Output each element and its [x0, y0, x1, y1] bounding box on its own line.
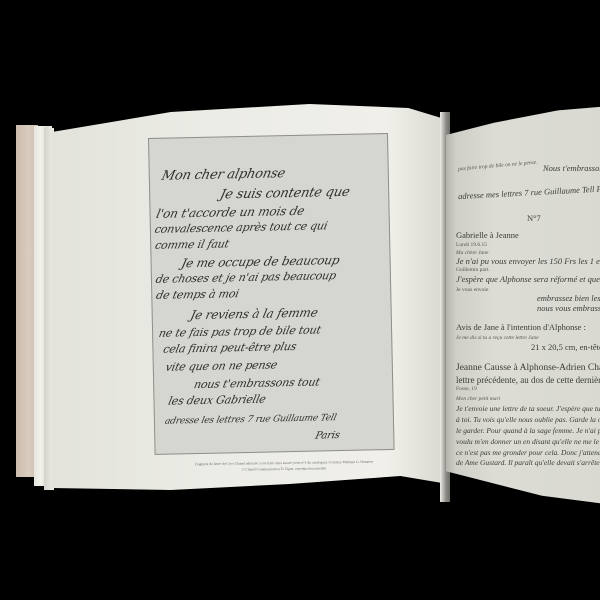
text-line: Mon cher petit mari: [456, 396, 500, 402]
letter-line: convalescence après tout ce qui: [153, 219, 328, 236]
text-line: Fosse, 19: [456, 386, 477, 392]
letter-line: cela finira peut-être plus: [162, 340, 298, 356]
text-line: à toi. Tu vois qu'elle nous oublie pas. …: [456, 415, 600, 424]
text-line: N°7: [527, 213, 541, 223]
letter-line: vite que on ne pense: [164, 358, 278, 373]
text-line: le garder. Pour quand à la sage femme. J…: [456, 426, 600, 435]
text-line: Gabrielle à Jeanne: [456, 230, 519, 240]
text-line: de Ame Gustard. Il paraît qu'elle devait…: [456, 458, 600, 467]
handwritten-letter-facsimile: Mon cher alphonse Je suis contente que l…: [148, 133, 395, 455]
text-line: Avis de Jane à l'intention d'Alphonse :: [456, 322, 586, 332]
letter-line: Mon cher alphonse: [160, 166, 287, 184]
letter-line: Je suis contente que: [218, 185, 351, 203]
photo-background: Mon cher alphonse Je suis contente que l…: [0, 0, 600, 600]
text-line: nous vous embrasson: [537, 303, 600, 313]
text-line: Lundi 19.6.15: [456, 242, 487, 248]
letter-line: de choses et je n'ai pas beaucoup: [154, 269, 337, 286]
letter-line: Je reviens à la femme: [189, 305, 319, 322]
text-line: Guillemin part.: [456, 267, 490, 273]
letter-line: Je me occupe de beaucoup: [180, 253, 341, 270]
text-line: ce n'est pas me gronder pour cela. Donc …: [456, 448, 600, 457]
letter-line: l'on t'accorde un mois de: [155, 204, 306, 221]
text-line: voulu m'en donner un en disant qu'elle n…: [456, 437, 600, 446]
text-line: 21 x 20,5 cm, en-tête c: [531, 342, 600, 352]
text-line: embrassez bien les enfa: [537, 293, 600, 303]
text-line: Je t'envoie une lettre de ta soeur. J'es…: [456, 404, 600, 413]
letter-line: nous t'embrassons tout: [193, 375, 321, 391]
text-line: J'espère que Alphonse sera réformé et qu…: [456, 274, 600, 284]
letter-line: ne te fais pas trop de bile tout: [158, 323, 323, 339]
text-line: Je n'ai pu vous envoyer les 150 Frs les …: [456, 256, 600, 266]
letter-line: Paris: [314, 430, 341, 442]
text-line: Jeanne Causse à Alphonse-Adrien Chanel, …: [456, 363, 600, 373]
text-line: Nous t'embrassons: [543, 163, 600, 173]
letter-line: comme il faut: [154, 237, 231, 252]
text-line: Je me dis si tu a reçu cette lettre Jane: [456, 335, 539, 341]
text-line: lettre précédente, au dos de cette derni…: [456, 375, 600, 385]
letter-line: les deux Gabrielle: [167, 393, 267, 408]
letter-line: adresse les lettres 7 rue Guillaume Tell: [164, 413, 337, 427]
letter-line: de temps à moi: [155, 287, 240, 302]
text-line: Je vous envoie: [456, 287, 488, 293]
